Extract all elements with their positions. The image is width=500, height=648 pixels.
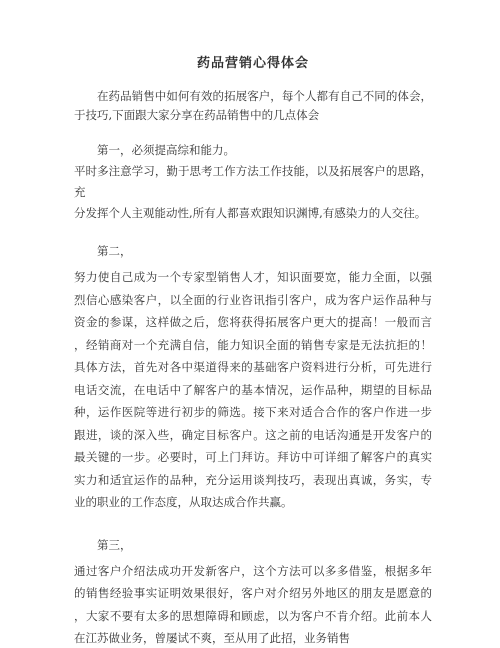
section2-paragraph: 努力使自己成为一个专家型销售人才，知识面要宽，能力全面，以强 烈信心感染客户，以…: [74, 266, 432, 514]
section3-heading: 第三，: [74, 534, 432, 556]
section1-paragraph: 平时多注意学习，勤于思考工作方法工作技能，以及拓展客户的思路，充 分发挥个人主观…: [74, 161, 432, 224]
text-line: 在江苏做业务，曾屡试不爽，至从用了此招，业务销售: [74, 627, 432, 648]
heading-line: 第三，: [74, 534, 432, 556]
text-line: 种，运作医院等进行初步的筛选。接下来对适合合作的客户作进一步: [74, 401, 432, 424]
text-line: 最关键的一步。必要时，可上门拜访。拜访中可详细了解客户的真实: [74, 446, 432, 469]
text-line: 努力使自己成为一个专家型销售人才，知识面要宽，能力全面，以强: [74, 266, 432, 289]
section3-paragraph: 通过客户介绍法成功开发新客户，这个方法可以多多借鉴，根据多年 的销售经验事实证明…: [74, 560, 432, 648]
intro-paragraph: 在药品销售中如何有效的拓展客户，每个人都有自己不同的体会， 于技巧,下面跟大家分…: [74, 87, 432, 124]
text-line: 资金的参谋，这样做之后，您将获得拓展客户更大的提高！一般而言: [74, 311, 432, 334]
text-line: 分发挥个人主观能动性,所有人都喜欢跟知识渊博,有感染力的人交往。: [74, 203, 432, 224]
text-line: ，经销商对一个充满自信，能力知识全面的销售专家是无法抗拒的！: [74, 334, 432, 357]
text-line: ，大家不要有太多的思想障碍和顾虑，以为客户不肯介绍。此前本人: [74, 605, 432, 628]
text-line: 实力和适宜运作的品种，充分运用谈判技巧，表现出真诚，务实，专: [74, 469, 432, 492]
text-line: 业的职业的工作态度，从取达成合作共赢。: [74, 491, 432, 514]
section1-heading: 第一，必须提高综和能力。: [74, 140, 432, 161]
document-page: 药品营销心得体会 在药品销售中如何有效的拓展客户，每个人都有自己不同的体会， 于…: [0, 0, 500, 648]
text-line: 在药品销售中如何有效的拓展客户，每个人都有自己不同的体会，: [74, 87, 432, 106]
section2-heading: 第二，: [74, 240, 432, 262]
text-line: 电话交流，在电话中了解客户的基本情况，运作品种，期望的目标品: [74, 379, 432, 402]
document-content: 药品营销心得体会 在药品销售中如何有效的拓展客户，每个人都有自己不同的体会， 于…: [0, 0, 500, 648]
text-line: 平时多注意学习，勤于思考工作方法工作技能，以及拓展客户的思路，充: [74, 161, 432, 203]
heading-line: 第二，: [74, 240, 432, 262]
text-line: 跟进，谈的深入些，确定目标客户。这之前的电话沟通是开发客户的: [74, 424, 432, 447]
document-title: 药品营销心得体会: [74, 55, 432, 73]
text-line: 的销售经验事实证明效果很好，客户对介绍另外地区的朋友是愿意的: [74, 582, 432, 605]
text-line: 烈信心感染客户，以全面的行业咨讯指引客户，成为客户运作品种与: [74, 289, 432, 312]
text-line: 具体方法，首先对各中渠道得来的基础客户资料进行分析，可先进行: [74, 356, 432, 379]
text-line: 通过客户介绍法成功开发新客户，这个方法可以多多借鉴，根据多年: [74, 560, 432, 583]
text-line: 于技巧,下面跟大家分享在药品销售中的几点体会: [74, 106, 432, 125]
heading-line: 第一，必须提高综和能力。: [74, 140, 432, 161]
